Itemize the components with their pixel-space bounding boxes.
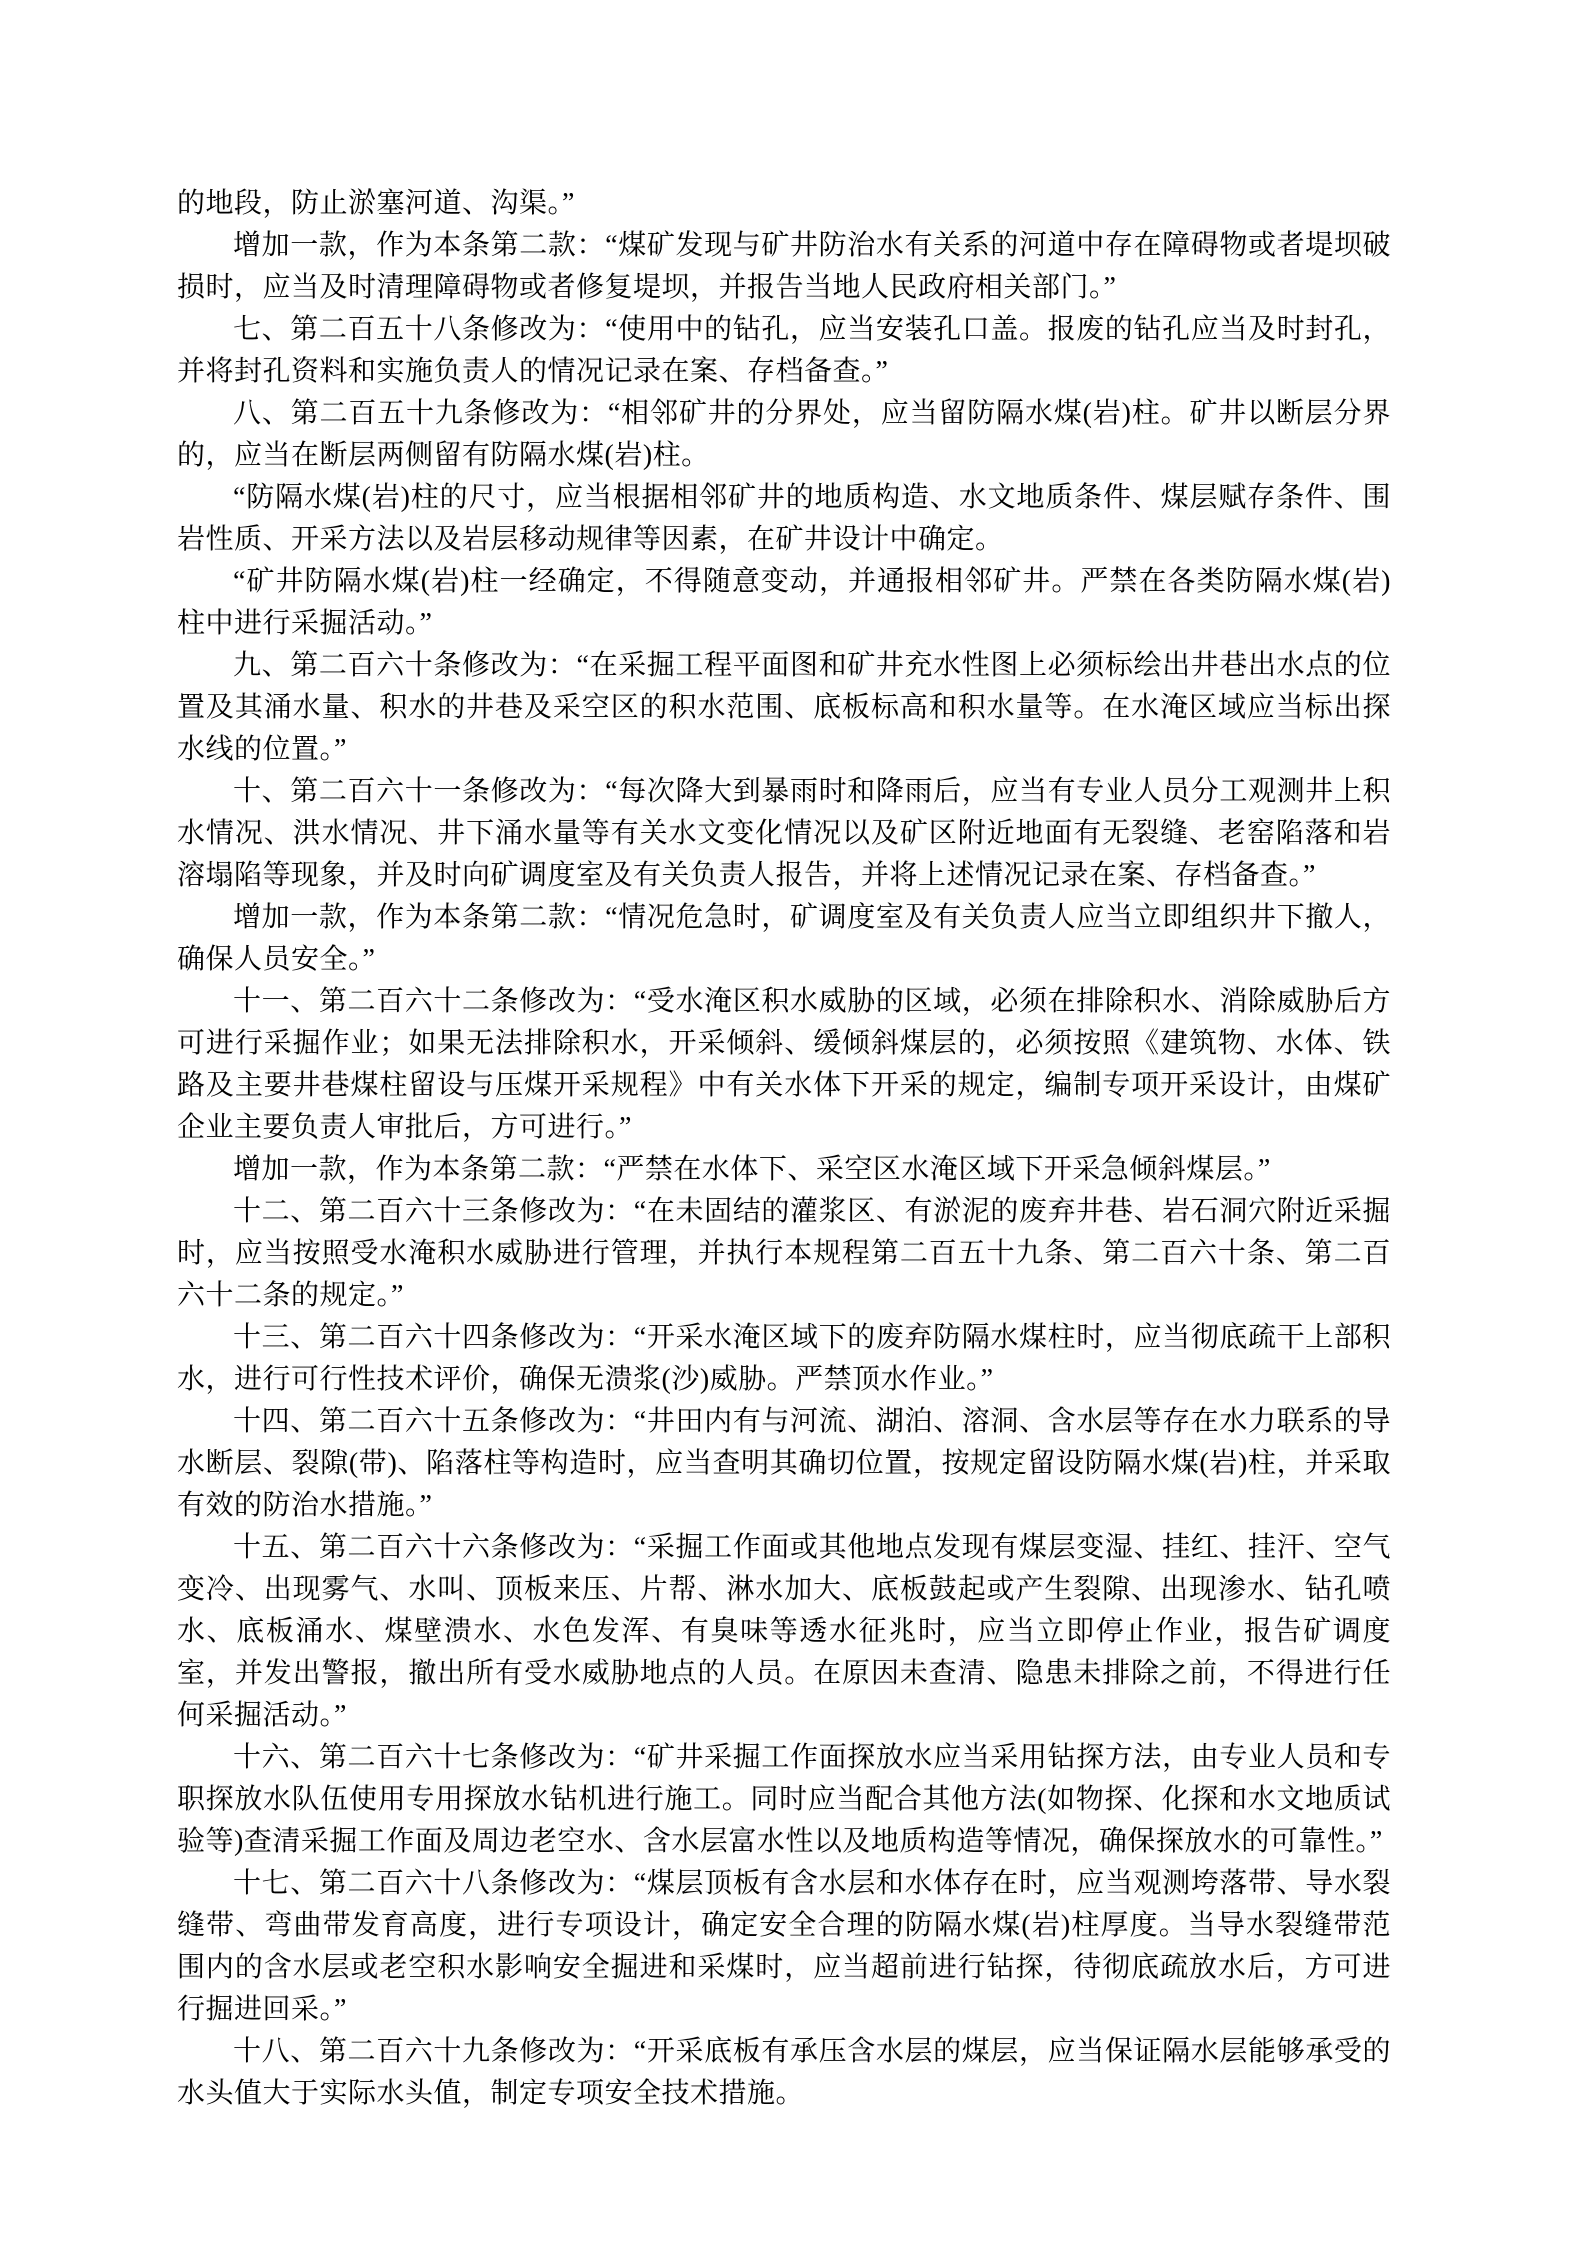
paragraph: 十六、第二百六十七条修改为：“矿井采掘工作面探放水应当采用钻探方法，由专业人员和… bbox=[177, 1737, 1391, 1863]
paragraph: 十二、第二百六十三条修改为：“在未固结的灌浆区、有淤泥的废弃井巷、岩石洞穴附近采… bbox=[177, 1191, 1391, 1317]
paragraph: “防隔水煤(岩)柱的尺寸，应当根据相邻矿井的地质构造、水文地质条件、煤层赋存条件… bbox=[177, 477, 1391, 561]
paragraph: 九、第二百六十条修改为：“在采掘工程平面图和矿井充水性图上必须标绘出井巷出水点的… bbox=[177, 645, 1391, 771]
paragraph: “矿井防隔水煤(岩)柱一经确定，不得随意变动，并通报相邻矿井。严禁在各类防隔水煤… bbox=[177, 561, 1391, 645]
paragraph: 十五、第二百六十六条修改为：“采掘工作面或其他地点发现有煤层变湿、挂红、挂汗、空… bbox=[177, 1527, 1391, 1737]
paragraph: 十三、第二百六十四条修改为：“开采水淹区域下的废弃防隔水煤柱时，应当彻底疏干上部… bbox=[177, 1317, 1391, 1401]
paragraph: 增加一款，作为本条第二款：“严禁在水体下、采空区水淹区域下开采急倾斜煤层。” bbox=[177, 1149, 1391, 1191]
paragraph: 的地段，防止淤塞河道、沟渠。” bbox=[177, 183, 1391, 225]
document-body-text: 的地段，防止淤塞河道、沟渠。” 增加一款，作为本条第二款：“煤矿发现与矿井防治水… bbox=[177, 183, 1391, 2115]
paragraph: 十四、第二百六十五条修改为：“井田内有与河流、湖泊、溶洞、含水层等存在水力联系的… bbox=[177, 1401, 1391, 1527]
paragraph: 八、第二百五十九条修改为：“相邻矿井的分界处，应当留防隔水煤(岩)柱。矿井以断层… bbox=[177, 393, 1391, 477]
paragraph: 十八、第二百六十九条修改为：“开采底板有承压含水层的煤层，应当保证隔水层能够承受… bbox=[177, 2031, 1391, 2115]
paragraph: 十七、第二百六十八条修改为：“煤层顶板有含水层和水体存在时，应当观测垮落带、导水… bbox=[177, 1863, 1391, 2031]
paragraph: 七、第二百五十八条修改为：“使用中的钻孔，应当安装孔口盖。报废的钻孔应当及时封孔… bbox=[177, 309, 1391, 393]
paragraph: 十一、第二百六十二条修改为：“受水淹区积水威胁的区域，必须在排除积水、消除威胁后… bbox=[177, 981, 1391, 1149]
paragraph: 增加一款，作为本条第二款：“煤矿发现与矿井防治水有关系的河道中存在障碍物或者堤坝… bbox=[177, 225, 1391, 309]
paragraph: 十、第二百六十一条修改为：“每次降大到暴雨时和降雨后，应当有专业人员分工观测井上… bbox=[177, 771, 1391, 897]
document-page: 的地段，防止淤塞河道、沟渠。” 增加一款，作为本条第二款：“煤矿发现与矿井防治水… bbox=[0, 0, 1587, 2245]
paragraph: 增加一款，作为本条第二款：“情况危急时，矿调度室及有关负责人应当立即组织井下撤人… bbox=[177, 897, 1391, 981]
